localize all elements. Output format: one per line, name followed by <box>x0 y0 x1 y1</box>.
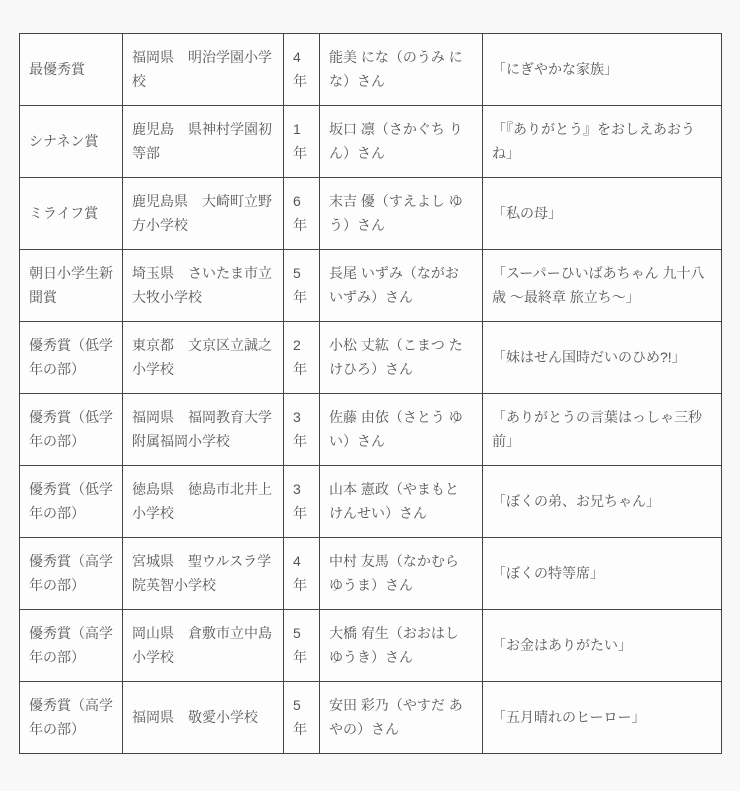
school-cell: 福岡県 敬愛小学校 <box>123 682 284 754</box>
grade-cell: 2年 <box>284 322 320 394</box>
winner-name-cell: 大橋 宥生（おおはし ゆうき）さん <box>320 610 483 682</box>
school-cell: 東京都 文京区立誠之小学校 <box>123 322 284 394</box>
school-cell: 福岡県 福岡教育大学附属福岡小学校 <box>123 394 284 466</box>
work-title-cell: 「お金はありがたい」 <box>483 610 722 682</box>
work-title-cell: 「私の母」 <box>483 178 722 250</box>
award-cell: 優秀賞（高学年の部） <box>20 538 123 610</box>
winner-name-cell: 小松 丈紘（こまつ たけひろ）さん <box>320 322 483 394</box>
school-cell: 鹿児島県 大崎町立野方小学校 <box>123 178 284 250</box>
table-row: 最優秀賞 福岡県 明治学園小学校 4年 能美 にな（のうみ にな）さん 「にぎや… <box>20 34 722 106</box>
page: 最優秀賞 福岡県 明治学園小学校 4年 能美 にな（のうみ にな）さん 「にぎや… <box>0 0 740 791</box>
award-cell: 優秀賞（低学年の部） <box>20 322 123 394</box>
grade-cell: 5年 <box>284 682 320 754</box>
work-title-cell: 「妹はせん国時だいのひめ?!」 <box>483 322 722 394</box>
award-cell: 優秀賞（低学年の部） <box>20 466 123 538</box>
school-cell: 宮城県 聖ウルスラ学院英智小学校 <box>123 538 284 610</box>
grade-cell: 4年 <box>284 34 320 106</box>
award-cell: 朝日小学生新聞賞 <box>20 250 123 322</box>
school-cell: 埼玉県 さいたま市立大牧小学校 <box>123 250 284 322</box>
work-title-cell: 「ぼくの特等席」 <box>483 538 722 610</box>
table-row: 優秀賞（高学年の部） 宮城県 聖ウルスラ学院英智小学校 4年 中村 友馬（なかむ… <box>20 538 722 610</box>
table-row: 優秀賞（高学年の部） 岡山県 倉敷市立中島小学校 5年 大橋 宥生（おおはし ゆ… <box>20 610 722 682</box>
grade-cell: 3年 <box>284 466 320 538</box>
award-winners-table-body: 最優秀賞 福岡県 明治学園小学校 4年 能美 にな（のうみ にな）さん 「にぎや… <box>20 34 722 754</box>
work-title-cell: 「スーパーひいばあちゃん 九十八歳 〜最終章 旅立ち〜」 <box>483 250 722 322</box>
table-row: 優秀賞（高学年の部） 福岡県 敬愛小学校 5年 安田 彩乃（やすだ あやの）さん… <box>20 682 722 754</box>
award-cell: 優秀賞（低学年の部） <box>20 394 123 466</box>
work-title-cell: 「ありがとうの言葉はっしゃ三秒前」 <box>483 394 722 466</box>
award-cell: 優秀賞（高学年の部） <box>20 610 123 682</box>
award-cell: ミライフ賞 <box>20 178 123 250</box>
award-winners-table: 最優秀賞 福岡県 明治学園小学校 4年 能美 にな（のうみ にな）さん 「にぎや… <box>19 33 722 754</box>
winner-name-cell: 安田 彩乃（やすだ あやの）さん <box>320 682 483 754</box>
award-cell: 最優秀賞 <box>20 34 123 106</box>
table-row: シナネン賞 鹿児島 県神村学園初等部 1年 坂口 凛（さかぐち りん）さん 「『… <box>20 106 722 178</box>
school-cell: 福岡県 明治学園小学校 <box>123 34 284 106</box>
award-cell: 優秀賞（高学年の部） <box>20 682 123 754</box>
winner-name-cell: 能美 にな（のうみ にな）さん <box>320 34 483 106</box>
winner-name-cell: 中村 友馬（なかむら ゆうま）さん <box>320 538 483 610</box>
winner-name-cell: 山本 憲政（やまもと けんせい）さん <box>320 466 483 538</box>
winner-name-cell: 末吉 優（すえよし ゆう）さん <box>320 178 483 250</box>
table-row: 優秀賞（低学年の部） 東京都 文京区立誠之小学校 2年 小松 丈紘（こまつ たけ… <box>20 322 722 394</box>
work-title-cell: 「にぎやかな家族」 <box>483 34 722 106</box>
school-cell: 徳島県 徳島市北井上小学校 <box>123 466 284 538</box>
grade-cell: 6年 <box>284 178 320 250</box>
work-title-cell: 「ぼくの弟、お兄ちゃん」 <box>483 466 722 538</box>
winner-name-cell: 長尾 いずみ（ながお いずみ）さん <box>320 250 483 322</box>
winner-name-cell: 坂口 凛（さかぐち りん）さん <box>320 106 483 178</box>
grade-cell: 1年 <box>284 106 320 178</box>
winner-name-cell: 佐藤 由依（さとう ゆい）さん <box>320 394 483 466</box>
table-row: 朝日小学生新聞賞 埼玉県 さいたま市立大牧小学校 5年 長尾 いずみ（ながお い… <box>20 250 722 322</box>
grade-cell: 3年 <box>284 394 320 466</box>
grade-cell: 5年 <box>284 610 320 682</box>
grade-cell: 5年 <box>284 250 320 322</box>
table-row: ミライフ賞 鹿児島県 大崎町立野方小学校 6年 末吉 優（すえよし ゆう）さん … <box>20 178 722 250</box>
school-cell: 岡山県 倉敷市立中島小学校 <box>123 610 284 682</box>
school-cell: 鹿児島 県神村学園初等部 <box>123 106 284 178</box>
award-cell: シナネン賞 <box>20 106 123 178</box>
work-title-cell: 「『ありがとう』をおしえあおうね」 <box>483 106 722 178</box>
table-row: 優秀賞（低学年の部） 福岡県 福岡教育大学附属福岡小学校 3年 佐藤 由依（さと… <box>20 394 722 466</box>
grade-cell: 4年 <box>284 538 320 610</box>
table-row: 優秀賞（低学年の部） 徳島県 徳島市北井上小学校 3年 山本 憲政（やまもと け… <box>20 466 722 538</box>
work-title-cell: 「五月晴れのヒーロー」 <box>483 682 722 754</box>
